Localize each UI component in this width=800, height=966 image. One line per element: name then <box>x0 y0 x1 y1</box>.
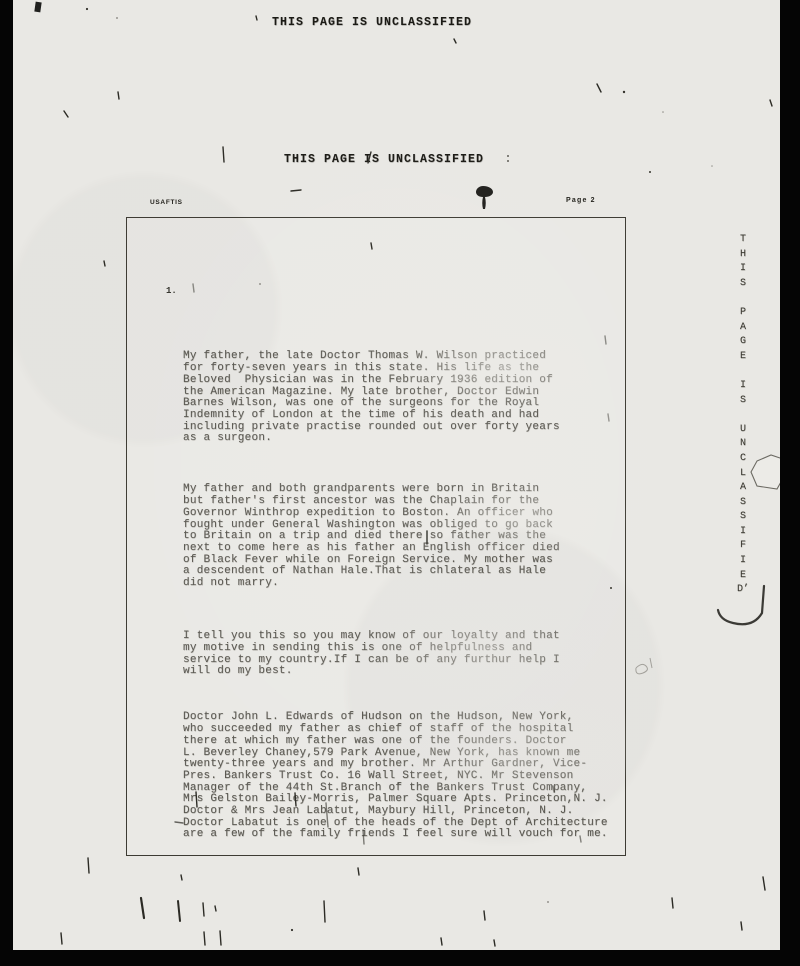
letter-paragraph-2: My father and both grandparents were bor… <box>183 484 621 589</box>
edge-blotch <box>34 2 41 13</box>
page-number: Page 2 <box>566 197 596 204</box>
item-marker: 1. <box>166 286 177 296</box>
letter-body: My father, the late Doctor Thomas W. Wil… <box>183 328 621 865</box>
film-edge-bottom <box>0 950 800 966</box>
film-edge-right <box>780 0 800 966</box>
letter-paragraph-3: I tell you this so you may know of our l… <box>183 631 621 678</box>
classification-banner-top: THIS PAGE IS UNCLASSIFIED <box>272 16 472 29</box>
letter-page: 1. My father, the late Doctor Thomas W. … <box>126 217 626 856</box>
letter-paragraph-4: Doctor John L. Edwards of Hudson on the … <box>183 712 621 841</box>
film-edge-left <box>0 0 13 966</box>
letter-paragraph-1: My father, the late Doctor Thomas W. Wil… <box>183 351 621 445</box>
side-classification-vertical: T H I S P A G E I S U N C L A S S I F I … <box>736 233 750 598</box>
scanned-document-page: THIS PAGE IS UNCLASSIFIED THIS PAGE IS U… <box>0 0 800 966</box>
ink-blot <box>476 186 493 209</box>
agency-label: USAFTIS <box>150 199 183 206</box>
pencil-scribble <box>636 658 652 674</box>
classification-banner-middle: THIS PAGE IS UNCLASSIFIED <box>284 153 484 166</box>
